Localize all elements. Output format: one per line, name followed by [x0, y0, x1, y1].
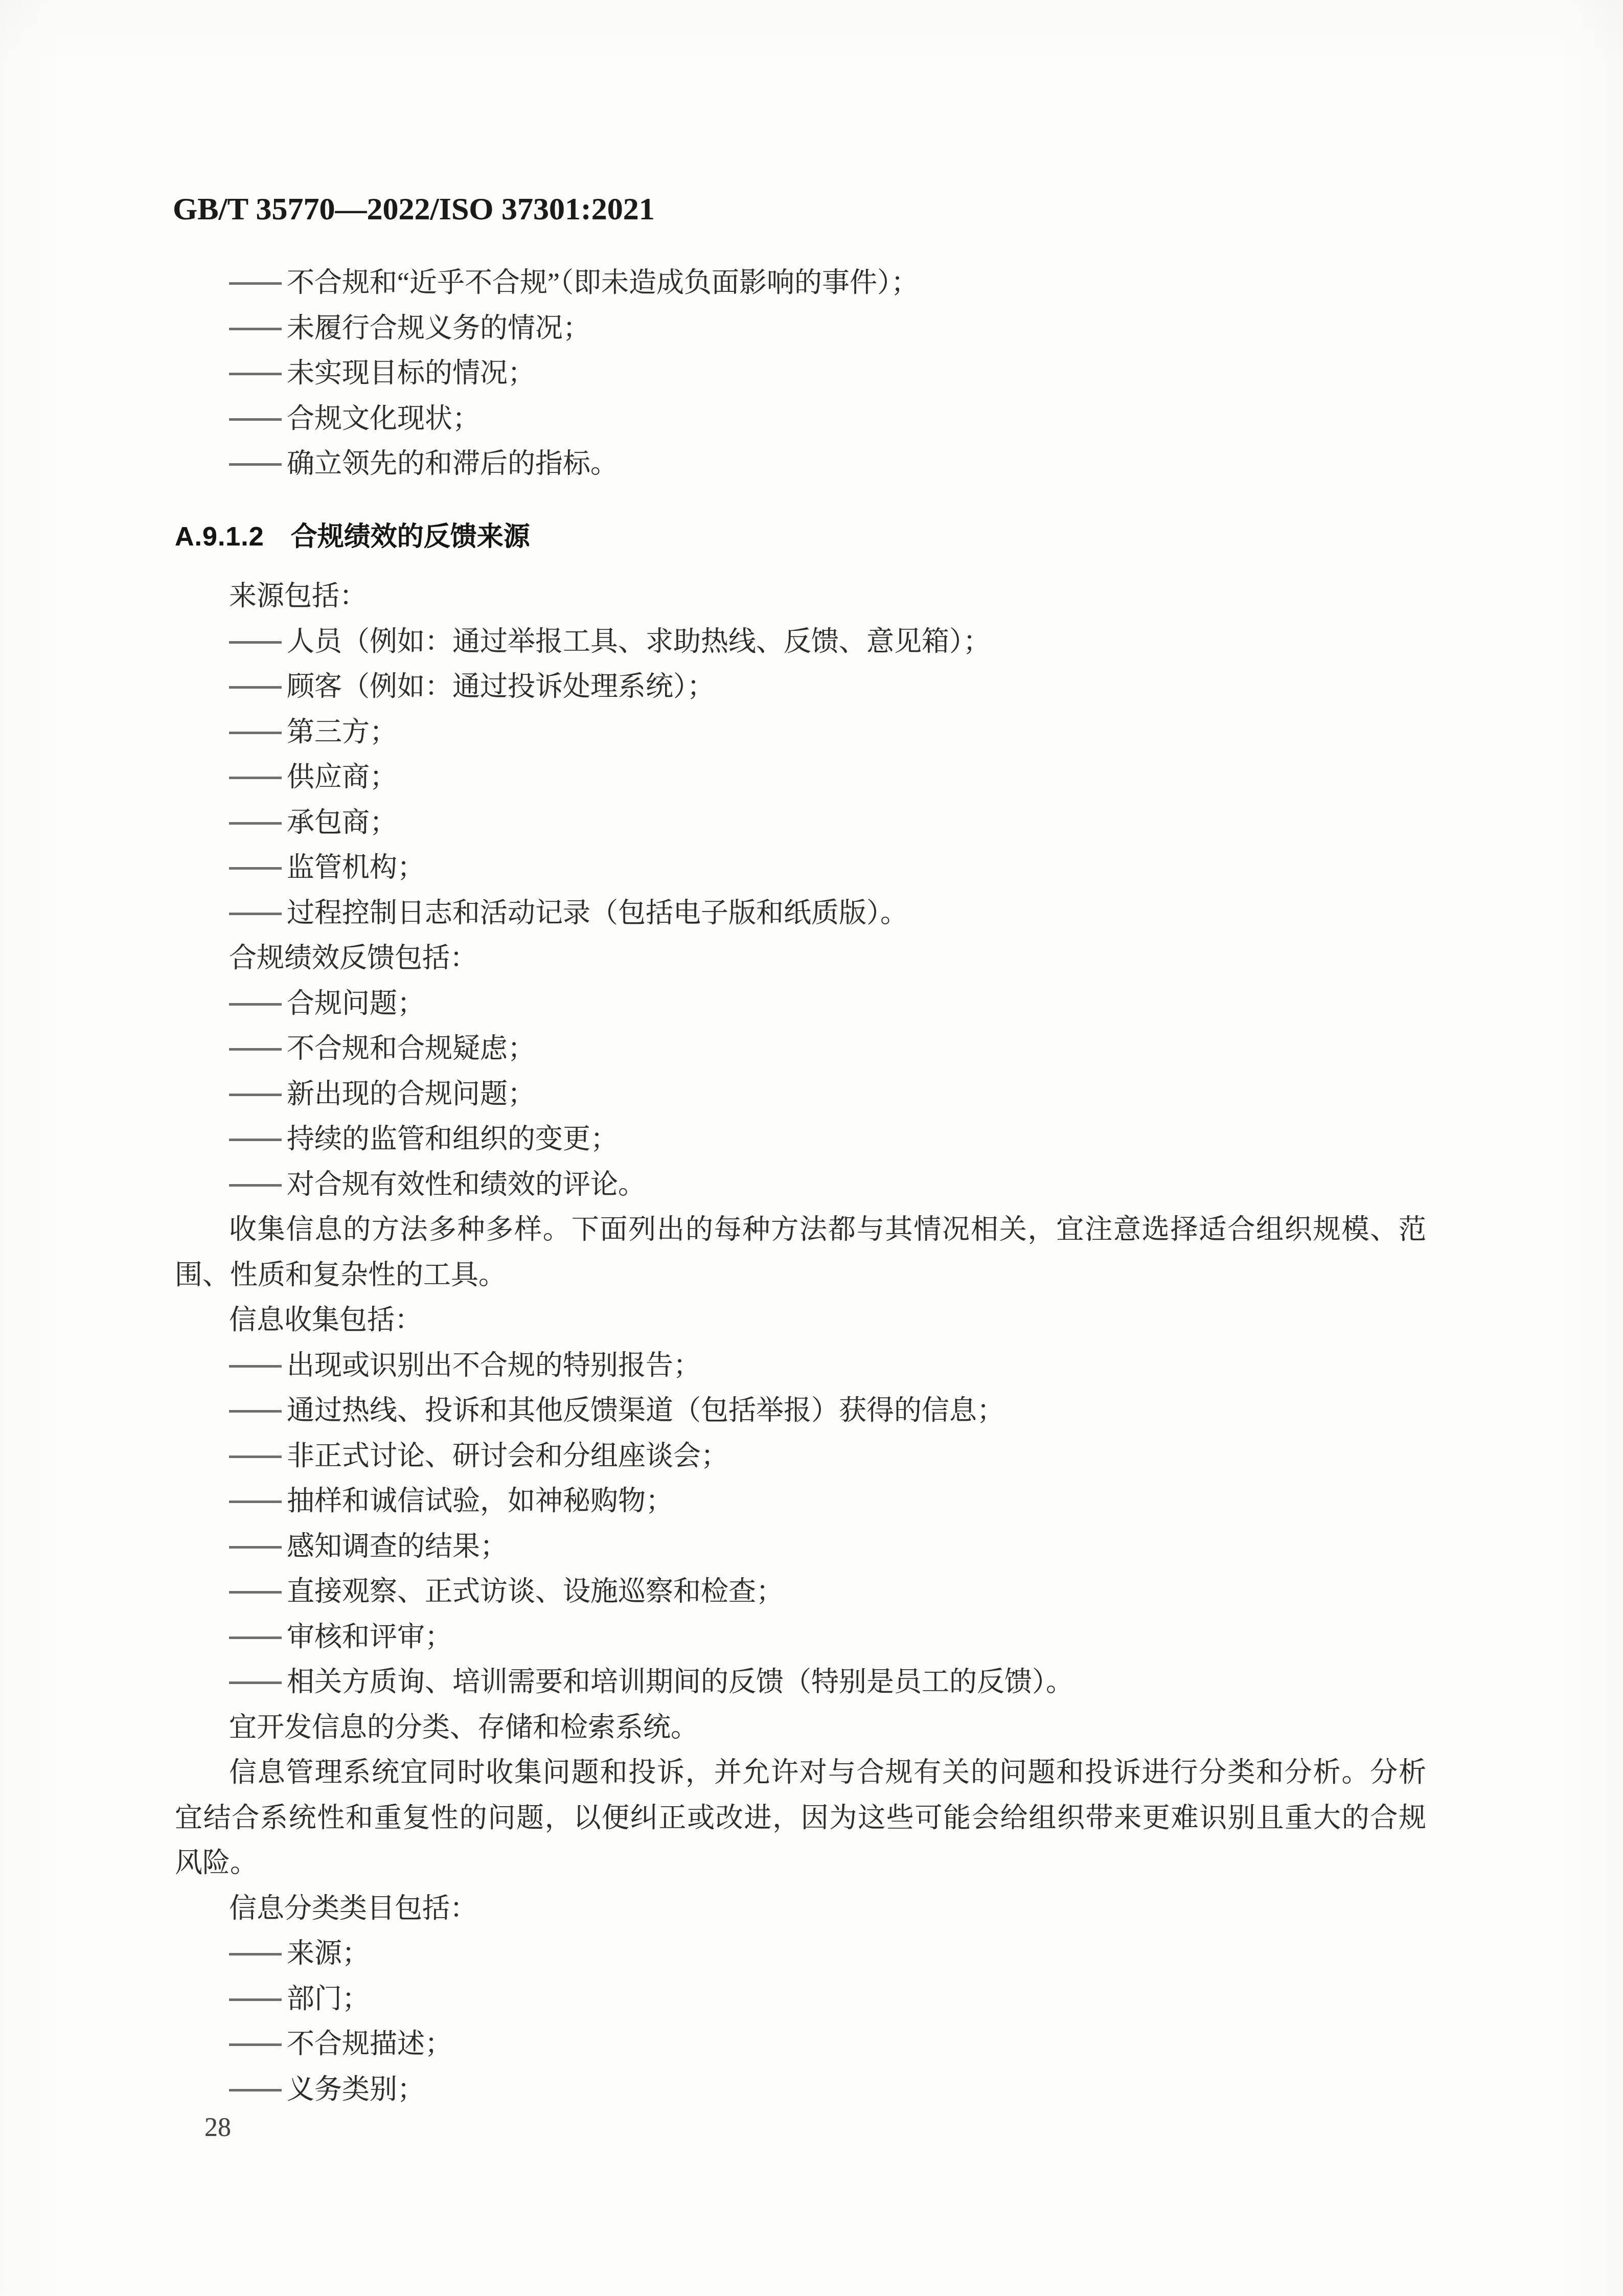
bullet-text: 审核和评审； — [287, 1622, 452, 1652]
bullet-dash-icon — [229, 1003, 282, 1006]
bullet-text: 顾客（例如：通过投诉处理系统）； — [287, 671, 715, 702]
bullet-line: 合规问题； — [175, 981, 1426, 1027]
bullet-text: 直接观察、正式访谈、设施巡察和检查； — [287, 1576, 784, 1607]
bullet-line: 不合规描述； — [175, 2021, 1426, 2067]
bullet-text: 未履行合规义务的情况； — [287, 313, 590, 344]
scanned-document-page: GB/T 35770—2022/ISO 37301:2021 不合规和“近乎不合… — [0, 0, 1623, 2296]
bullet-text: 合规问题； — [287, 988, 425, 1019]
bullet-line: 承包商； — [175, 800, 1426, 846]
bullet-dash-icon — [229, 328, 282, 330]
bullet-dash-icon — [229, 463, 282, 466]
bullet-text: 不合规和合规疑虑； — [287, 1033, 535, 1064]
bullet-dash-icon — [229, 1998, 282, 2001]
text-line: 信息分类类目包括： — [175, 1886, 1426, 1931]
bullet-text: 部门； — [287, 1984, 370, 2014]
bullet-text: 对合规有效性和绩效的评论。 — [287, 1169, 646, 1200]
text-line: 合规绩效反馈包括： — [175, 936, 1426, 981]
bullet-dash-icon — [229, 418, 282, 421]
bullet-dash-icon — [229, 1184, 282, 1187]
bullet-line: 人员（例如：通过举报工具、求助热线、反馈、意见箱）； — [175, 619, 1426, 665]
bullet-dash-icon — [229, 822, 282, 825]
bullet-dash-icon — [229, 1591, 282, 1594]
bullet-text: 义务类别； — [287, 2074, 425, 2105]
bullet-dash-icon — [229, 1139, 282, 1141]
section-heading: A.9.1.2合规绩效的反馈来源 — [175, 514, 1426, 560]
bullet-text: 出现或识别出不合规的特别报告； — [287, 1350, 701, 1381]
bullet-line: 出现或识别出不合规的特别报告； — [175, 1343, 1426, 1389]
text-line: 信息管理系统宜同时收集问题和投诉，并允许对与合规有关的问题和投诉进行分类和分析。… — [175, 1750, 1426, 1795]
bullet-line: 来源； — [175, 1931, 1426, 1976]
bullet-line: 持续的监管和组织的变更； — [175, 1117, 1426, 1162]
bullet-line: 对合规有效性和绩效的评论。 — [175, 1162, 1426, 1208]
bullet-text: 确立领先的和滞后的指标。 — [287, 448, 618, 479]
text-line: 信息收集包括： — [175, 1298, 1426, 1343]
bullet-line: 不合规和合规疑虑； — [175, 1026, 1426, 1072]
bullet-dash-icon — [229, 1636, 282, 1639]
bullet-text: 合规文化现状； — [287, 403, 480, 434]
bullet-text: 不合规描述； — [287, 2029, 452, 2059]
bullet-dash-icon — [229, 641, 282, 644]
bullet-line: 未实现目标的情况； — [175, 351, 1426, 396]
bullet-dash-icon — [229, 732, 282, 734]
text-line: 来源包括： — [175, 574, 1426, 619]
bullet-dash-icon — [229, 1048, 282, 1051]
bullet-text: 通过热线、投诉和其他反馈渠道（包括举报）获得的信息； — [287, 1395, 1004, 1426]
bullet-dash-icon — [229, 1501, 282, 1503]
bullet-line: 顾客（例如：通过投诉处理系统）； — [175, 664, 1426, 710]
bullet-text: 持续的监管和组织的变更； — [287, 1124, 618, 1154]
bullet-line: 未履行合规义务的情况； — [175, 306, 1426, 351]
text-line: 宜开发信息的分类、存储和检索系统。 — [175, 1705, 1426, 1751]
bullet-line: 监管机构； — [175, 845, 1426, 891]
bullet-dash-icon — [229, 686, 282, 689]
standard-designation-header: GB/T 35770—2022/ISO 37301:2021 — [173, 193, 655, 225]
bullet-text: 过程控制日志和活动记录（包括电子版和纸质版）。 — [287, 898, 908, 928]
text-line: 风险。 — [175, 1840, 1426, 1886]
bullet-line: 非正式讨论、研讨会和分组座谈会； — [175, 1434, 1426, 1479]
bullet-line: 审核和评审； — [175, 1615, 1426, 1660]
bullet-line: 不合规和“近乎不合规”（即未造成负面影响的事件）； — [175, 260, 1426, 306]
bullet-line: 直接观察、正式访谈、设施巡察和检查； — [175, 1569, 1426, 1615]
text-line: 围、性质和复杂性的工具。 — [175, 1253, 1426, 1298]
bullet-dash-icon — [229, 1094, 282, 1096]
bullet-line: 确立领先的和滞后的指标。 — [175, 441, 1426, 487]
bullet-line: 过程控制日志和活动记录（包括电子版和纸质版）。 — [175, 891, 1426, 936]
bullet-text: 第三方； — [287, 717, 397, 747]
bullet-dash-icon — [229, 913, 282, 915]
bullet-dash-icon — [229, 1365, 282, 1368]
bullet-dash-icon — [229, 2089, 282, 2092]
bullet-line: 第三方； — [175, 710, 1426, 755]
bullet-dash-icon — [229, 777, 282, 779]
bullet-dash-icon — [229, 1456, 282, 1458]
bullet-line: 部门； — [175, 1976, 1426, 2022]
bullet-dash-icon — [229, 2043, 282, 2046]
bullet-line: 相关方质询、培训需要和培训期间的反馈（特别是员工的反馈）。 — [175, 1660, 1426, 1705]
bullet-line: 合规文化现状； — [175, 396, 1426, 442]
bullet-text: 承包商； — [287, 807, 397, 838]
bullet-text: 相关方质询、培训需要和培训期间的反馈（特别是员工的反馈）。 — [287, 1667, 1073, 1697]
bullet-line: 供应商； — [175, 755, 1426, 800]
bullet-line: 新出现的合规问题； — [175, 1072, 1426, 1117]
bullet-line: 感知调查的结果； — [175, 1524, 1426, 1570]
bullet-dash-icon — [229, 1953, 282, 1956]
bullet-dash-icon — [229, 1681, 282, 1684]
bullet-text: 未实现目标的情况； — [287, 358, 535, 389]
bullet-text: 抽样和诚信试验，如神秘购物； — [287, 1486, 673, 1516]
content: 不合规和“近乎不合规”（即未造成负面影响的事件）；未履行合规义务的情况；未实现目… — [175, 260, 1426, 2112]
bullet-text: 感知调查的结果； — [287, 1531, 508, 1562]
bullet-text: 非正式讨论、研讨会和分组座谈会； — [287, 1441, 728, 1471]
bullet-text: 新出现的合规问题； — [287, 1079, 535, 1109]
section-title: 合规绩效的反馈来源 — [291, 522, 530, 552]
bullet-dash-icon — [229, 1410, 282, 1413]
bullet-text: 来源； — [287, 1938, 370, 1969]
bullet-dash-icon — [229, 373, 282, 375]
bullet-text: 供应商； — [287, 762, 397, 792]
bullet-text: 不合规和“近乎不合规”（即未造成负面影响的事件）； — [287, 267, 919, 298]
bullet-line: 抽样和诚信试验，如神秘购物； — [175, 1479, 1426, 1524]
page-number: 28 — [204, 2115, 231, 2141]
text-line: 收集信息的方法多种多样。下面列出的每种方法都与其情况相关，宜注意选择适合组织规模… — [175, 1207, 1426, 1253]
bullet-line: 义务类别； — [175, 2067, 1426, 2112]
bullet-text: 人员（例如：通过举报工具、求助热线、反馈、意见箱）； — [287, 626, 991, 657]
bullet-dash-icon — [229, 867, 282, 870]
section-number: A.9.1.2 — [175, 522, 264, 552]
bullet-line: 通过热线、投诉和其他反馈渠道（包括举报）获得的信息； — [175, 1388, 1426, 1434]
text-line: 宜结合系统性和重复性的问题，以便纠正或改进，因为这些可能会给组织带来更难识别且重… — [175, 1795, 1426, 1841]
bullet-text: 监管机构； — [287, 852, 425, 883]
bullet-dash-icon — [229, 282, 282, 285]
bullet-dash-icon — [229, 1546, 282, 1549]
